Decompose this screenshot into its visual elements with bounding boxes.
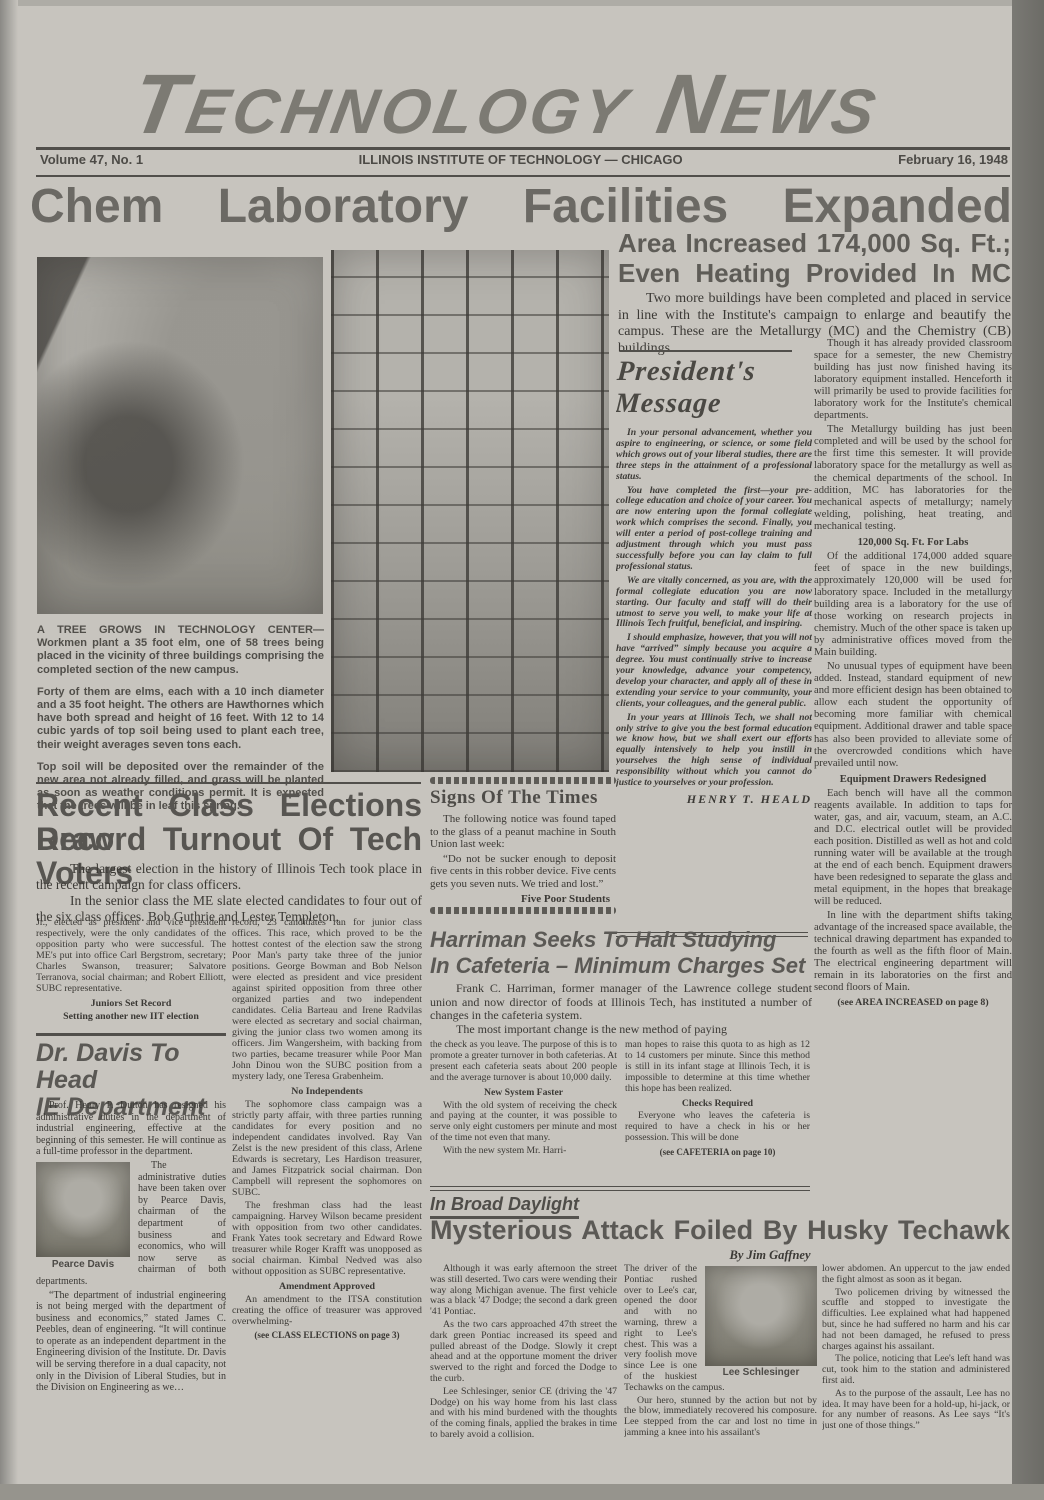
davis-body: Prof. Henry P. Dutton has resigned his a… (36, 1100, 226, 1484)
cafeteria-paragraph: the check as you leave. The purpose of t… (430, 1040, 617, 1084)
elections-intro: The largest election in the history of I… (36, 861, 422, 925)
attack-column-1: Although it was early afternoon the stre… (430, 1264, 617, 1488)
rule-below-caption (36, 782, 421, 784)
chain-border-top (430, 777, 616, 784)
dateline: Volume 47, No. 1 ILLINOIS INSTITUTE OF T… (40, 152, 1008, 167)
message-paragraph: In your personal advancement, whether yo… (616, 428, 812, 483)
building-frame-photo (331, 250, 609, 772)
message-paragraph: In your years at Illinois Tech, we shall… (616, 713, 812, 789)
scan-edge-right (1012, 0, 1044, 1500)
elections-paragraph: An amendment to the ITSA constitution cr… (232, 1294, 422, 1327)
pearce-davis-caption: Pearce Davis (36, 1259, 130, 1271)
message-paragraph: You have completed the first—your pre-co… (616, 486, 812, 573)
rule-below-dateline (36, 175, 1010, 177)
cafeteria-subhead: Checks Required (625, 1099, 810, 1110)
rule-below-cafeteria (430, 1186, 810, 1191)
lead-body-subhead: Equipment Drawers Redesigned (814, 774, 1012, 786)
attack-byline: By Jim Gaffney (620, 1248, 920, 1263)
lead-body-paragraph: No unusual types of equipment have been … (814, 661, 1012, 769)
cafeteria-headline-line2: In Cafeteria – Minimum Charges Set (430, 954, 812, 978)
attack-column-3: lower abdomen. An uppercut to the jaw en… (822, 1264, 1010, 1488)
attack-paragraph: As the two cars approached 47th street t… (430, 1320, 617, 1385)
newspaper-page: TechnologyNews Volume 47, No. 1 ILLINOIS… (0, 0, 1044, 1500)
lee-schlesinger-photo (705, 1266, 817, 1366)
elections-paragraph: The sophomore class campaign was a stric… (232, 1099, 422, 1198)
attack-paragraph: The police, noticing that Lee's left han… (822, 1354, 1010, 1386)
attack-paragraph: Lee Schlesinger, senior CE (driving the … (430, 1387, 617, 1441)
signs-paragraph: “Do not be sucker enough to deposit five… (430, 853, 616, 891)
cafeteria-intro: Frank C. Harriman, former manager of the… (430, 982, 812, 1036)
signs-title: Signs Of The Times (430, 787, 616, 809)
elections-paragraph: record, 23 candidates ran for junior cla… (232, 917, 422, 1082)
presidents-message-title: President's Message (616, 356, 812, 420)
presidents-message: President's Message In your personal adv… (616, 354, 812, 930)
pearce-davis-photo-block: Pearce Davis (36, 1162, 130, 1271)
scan-edge-left (0, 0, 18, 1500)
davis-headline-line1: Dr. Davis To Head (36, 1040, 236, 1094)
message-paragraph: I should emphasize, however, that you wi… (616, 633, 812, 709)
masthead: TechnologyNews (0, 56, 1012, 153)
tree-planting-photo (37, 257, 323, 614)
cafeteria-paragraph: man hopes to raise this quota to as high… (625, 1040, 810, 1095)
chain-border-bottom (430, 907, 616, 914)
lead-body-jumpline: (see AREA INCREASED on page 8) (814, 997, 1012, 1009)
rule-above-message (620, 350, 792, 352)
institution-name: ILLINOIS INSTITUTE OF TECHNOLOGY — CHICA… (359, 152, 683, 167)
cafeteria-intro-paragraph: Frank C. Harriman, former manager of the… (430, 982, 812, 1023)
volume-number: Volume 47, No. 1 (40, 152, 143, 167)
banner-headline: Chem Laboratory Facilities Expanded (30, 179, 1012, 235)
caption-paragraph: Forty of them are elms, each with a 10 i… (37, 686, 324, 752)
elections-jumpline: (see CLASS ELECTIONS on page 3) (232, 1330, 422, 1341)
lead-body-paragraph: In line with the department shifts takin… (814, 910, 1012, 994)
cafeteria-column-1: the check as you leave. The purpose of t… (430, 1040, 617, 1184)
lee-schlesinger-photo-block: Lee Schlesinger (705, 1266, 817, 1379)
lead-body-column: Though it has already provided classroom… (814, 338, 1012, 1190)
cafeteria-paragraph: Everyone who leaves the cafeteria is req… (625, 1111, 810, 1144)
attack-headline: Mysterious Attack Foiled By Husky Techaw… (430, 1216, 1010, 1245)
issue-date: February 16, 1948 (898, 152, 1008, 167)
lead-body-paragraph: Each bench will have all the common reag… (814, 788, 1012, 908)
lead-body-paragraph: Though it has already provided classroom… (814, 338, 1012, 422)
rule-above-davis (36, 1033, 226, 1036)
cafeteria-paragraph: With the old system of receiving the che… (430, 1101, 617, 1145)
rule-above-dateline (36, 147, 1010, 150)
signs-signature: Five Poor Students (430, 893, 610, 905)
cafeteria-column-2: man hopes to raise this quota to as high… (625, 1040, 810, 1184)
masthead-word-technology: Technology (124, 56, 639, 153)
signs-paragraph: The following notice was found taped to … (430, 813, 616, 851)
lead-body-subhead: 120,000 Sq. Ft. For Labs (814, 537, 1012, 549)
lead-body-paragraph: The Metallurgy building has just been co… (814, 424, 1012, 532)
elections-record-line: Setting another new IIT election (36, 1011, 226, 1022)
attack-paragraph: As to the purpose of the assault, Lee ha… (822, 1389, 1010, 1432)
elections-column-1: Jr., elected as president and vice presi… (36, 917, 226, 1031)
lead-body-paragraph: Of the additional 174,000 added square f… (814, 551, 1012, 659)
elections-paragraph: Jr., elected as president and vice presi… (36, 917, 226, 994)
lead-headline-line1: Area Increased 174,000 Sq. Ft.; (618, 229, 1011, 257)
message-signature: HENRY T. HEALD (616, 792, 812, 807)
signs-of-the-times: Signs Of The Times The following notice … (430, 775, 616, 916)
elections-subhead: Amendment Approved (232, 1281, 422, 1292)
davis-paragraph: “The department of industrial engineerin… (36, 1290, 226, 1394)
davis-paragraph: Prof. Henry P. Dutton has resigned his a… (36, 1100, 226, 1158)
masthead-word-news: News (650, 56, 888, 153)
elections-paragraph: The freshman class had the least campaig… (232, 1200, 422, 1277)
cafeteria-headline-line1: Harriman Seeks To Halt Studying (430, 928, 812, 952)
cafeteria-subhead: New System Faster (430, 1088, 617, 1099)
pearce-davis-photo (36, 1162, 130, 1257)
attack-column-2: Lee Schlesinger The driver of the Pontia… (624, 1264, 817, 1488)
scan-edge-top (0, 0, 1044, 6)
attack-paragraph: Although it was early afternoon the stre… (430, 1264, 617, 1318)
attack-paragraph: Our hero, stunned by the action but not … (624, 1396, 817, 1439)
attack-paragraph: lower abdomen. An uppercut to the jaw en… (822, 1264, 1010, 1286)
cafeteria-intro-paragraph: The most important change is the new met… (430, 1023, 812, 1037)
lee-schlesinger-caption: Lee Schlesinger (705, 1368, 817, 1379)
elections-subhead: Juniors Set Record (36, 998, 226, 1009)
caption-paragraph: A TREE GROWS IN TECHNOLOGY CENTER—Workme… (37, 624, 324, 677)
attack-paragraph: Two policemen driving by witnessed the s… (822, 1288, 1010, 1353)
cafeteria-jumpline: (see CAFETERIA on page 10) (625, 1147, 810, 1158)
lead-headline-line2: Even Heating Provided In MC (618, 259, 1011, 287)
elections-subhead: No Independents (232, 1086, 422, 1097)
cafeteria-paragraph: With the new system Mr. Harri- (430, 1146, 617, 1157)
elections-column-2: record, 23 candidates ran for junior cla… (232, 917, 422, 1495)
message-paragraph: We are vitally concerned, as you are, wi… (616, 576, 812, 631)
elections-intro-paragraph: The largest election in the history of I… (36, 861, 422, 893)
